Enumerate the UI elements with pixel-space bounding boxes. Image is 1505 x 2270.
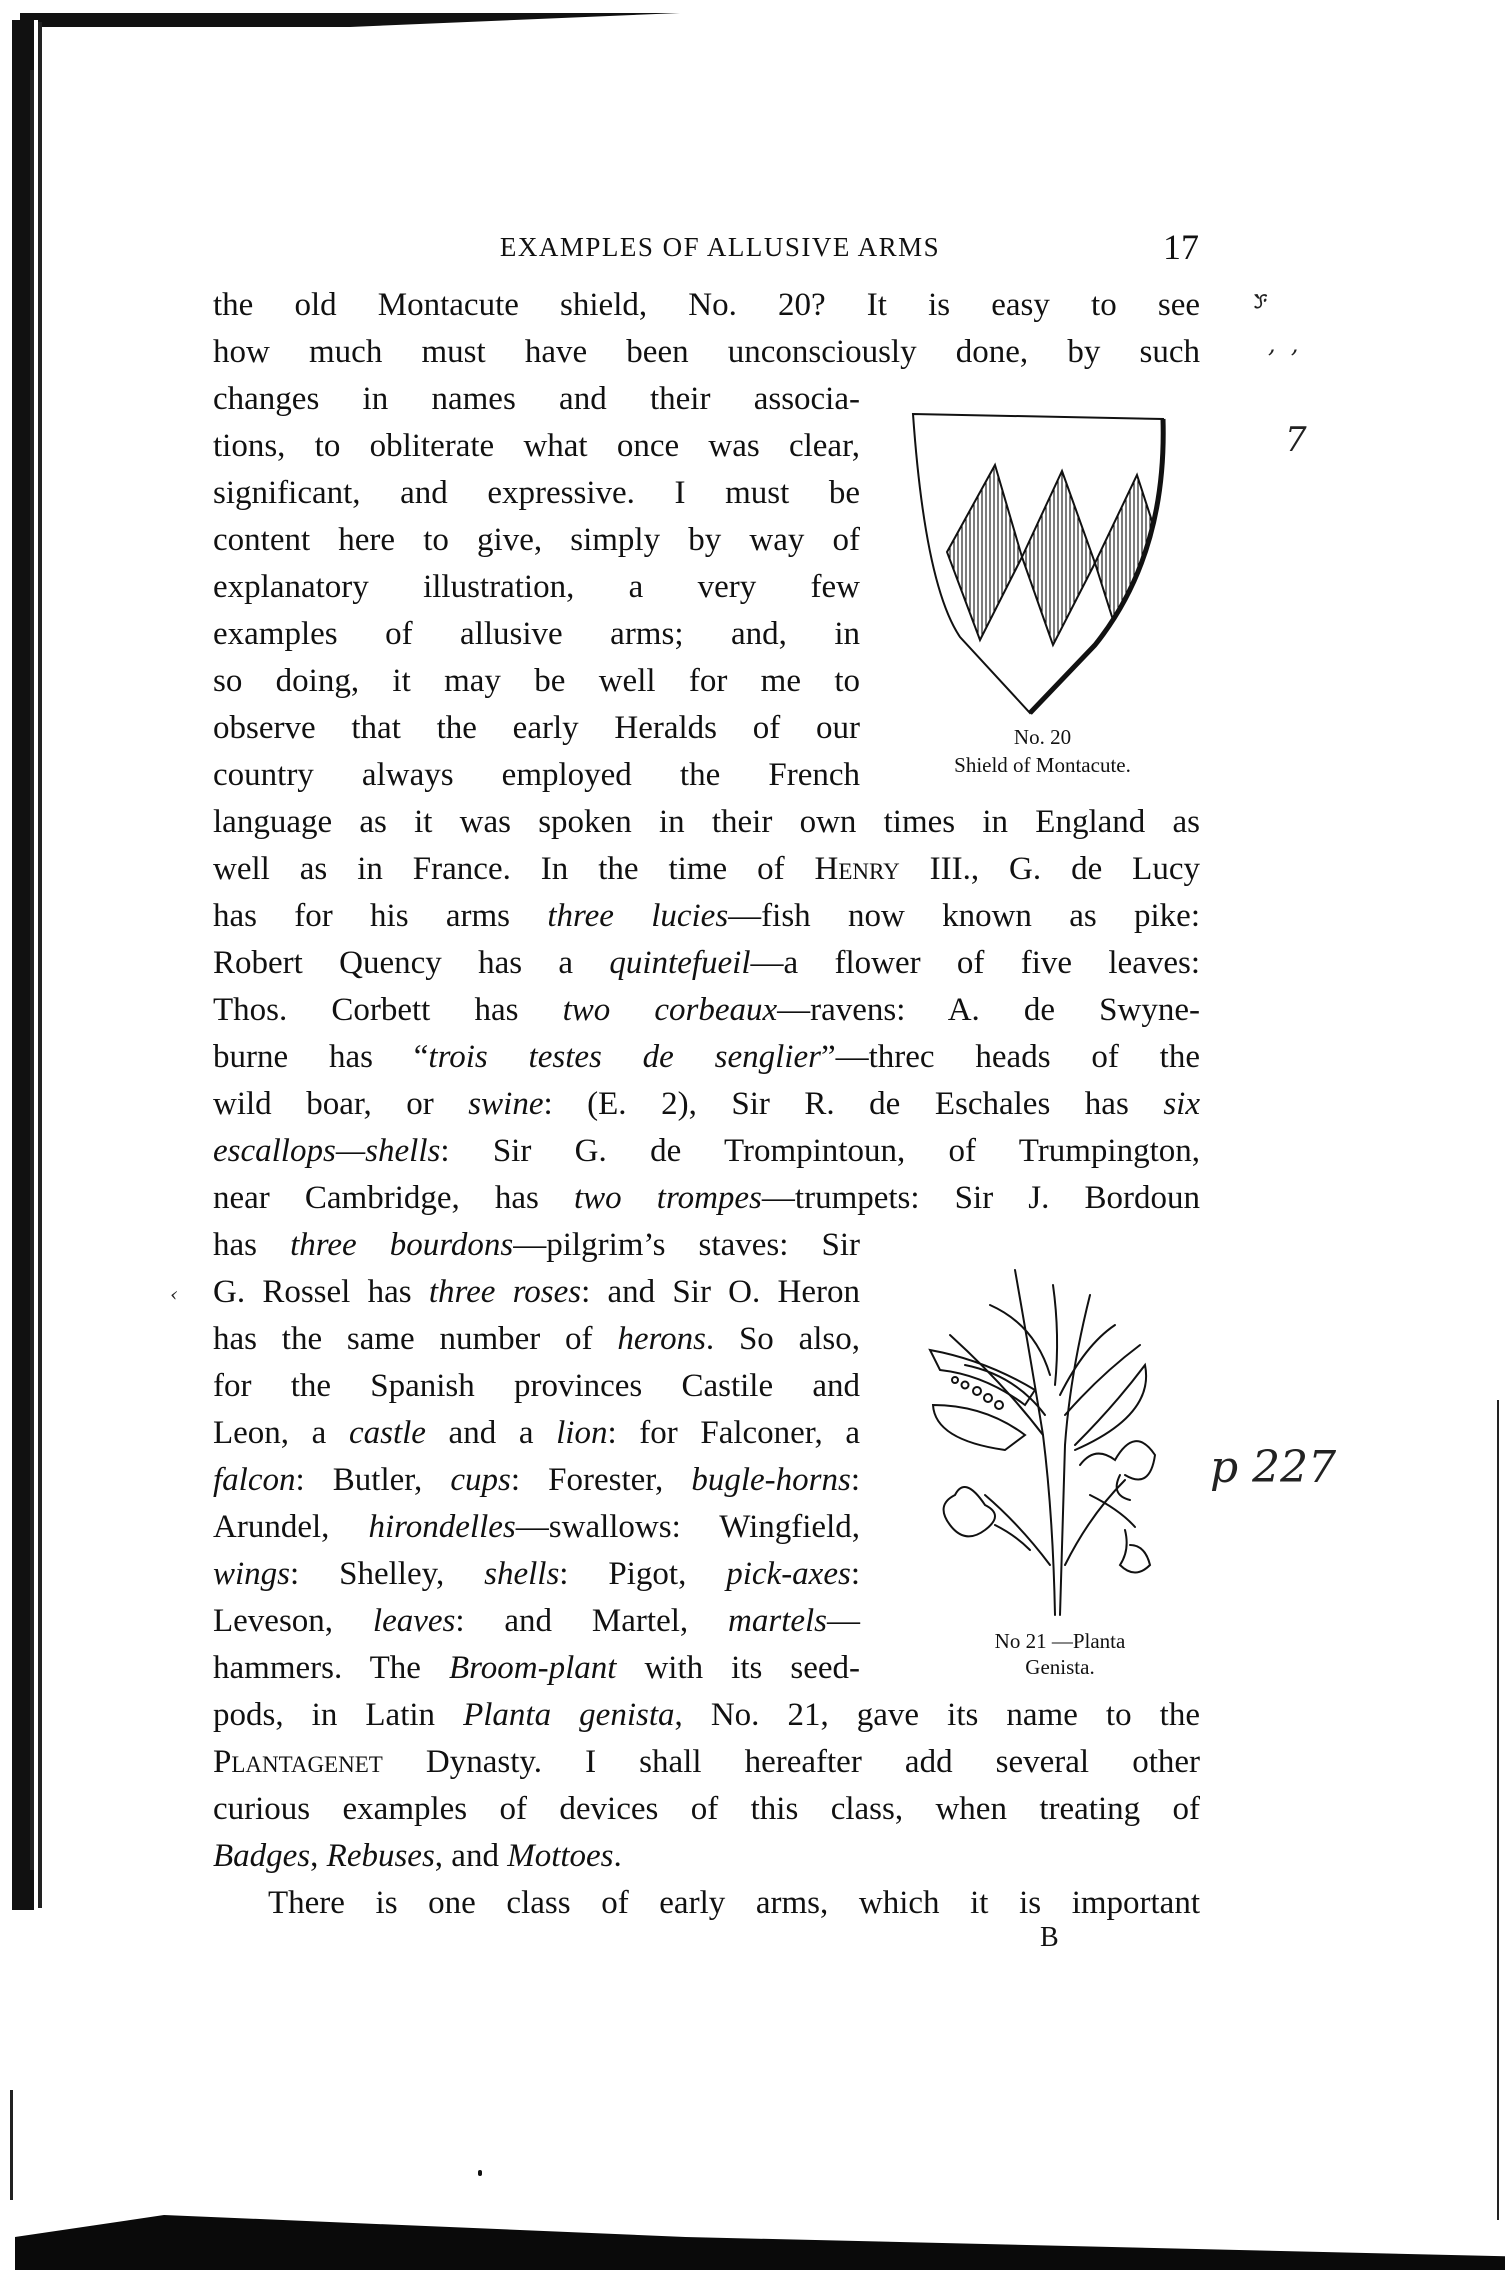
text-line: language as it was spoken in their own t…	[213, 799, 1200, 846]
text-line: pods, in Latin Planta genista, No. 21, g…	[213, 1692, 1200, 1739]
text-line: near Cambridge, has two trompes—trumpets…	[213, 1175, 1200, 1222]
text-line: has the same number of herons. So also,	[213, 1316, 860, 1363]
shield-caption-title: Shield of Montacute.	[905, 752, 1180, 778]
text-line: country always employed the French	[213, 752, 860, 799]
text-line: well as in France. In the time of Henry …	[213, 846, 1200, 893]
text-line: burne has “trois testes de senglier”—thr…	[213, 1034, 1200, 1081]
shield-caption-number: No. 20	[905, 724, 1180, 750]
text-line: has three bourdons—pilgrim’s staves: Sir	[213, 1222, 860, 1269]
marginal-mark-top: ⸈̀	[1247, 284, 1268, 327]
scan-edge-right	[1497, 1400, 1499, 2220]
text-line: has for his arms three lucies—fish now k…	[213, 893, 1200, 940]
henry-small-caps: Henry	[815, 851, 900, 887]
text-line: examples of allusive arms; and, in	[213, 611, 860, 658]
plantagenet-small-caps: Plantagenet	[213, 1744, 383, 1780]
text-line: Robert Quency has a quintefueil—a flower…	[213, 940, 1200, 987]
text-line: for the Spanish provinces Castile and	[213, 1363, 860, 1410]
text-line: Leon, a castle and a lion: for Falconer,…	[213, 1410, 860, 1457]
scan-edge-bottom	[15, 2215, 1505, 2270]
planta-genista-figure	[925, 1265, 1185, 1620]
text-line: the old Montacute shield, No. 20? It is …	[213, 282, 1200, 329]
stray-dot	[478, 2170, 482, 2176]
shield-of-montacute-figure	[905, 405, 1180, 720]
text-line: Leveson, leaves: and Martel, martels—	[213, 1598, 860, 1645]
text-line: content here to give, simply by way of	[213, 517, 860, 564]
scan-edge-top	[20, 13, 680, 27]
marginal-mark-comma: , ,	[1268, 330, 1299, 358]
plant-caption-line2: Genista.	[945, 1654, 1175, 1680]
page-number: 17	[1163, 226, 1199, 268]
marginal-mark-seven: 7	[1285, 420, 1307, 460]
plant-caption-line1: No 21 —Planta	[945, 1628, 1175, 1654]
signature-mark: B	[1040, 1922, 1059, 1954]
text-line: Arundel, hirondelles—swallows: Wingfield…	[213, 1504, 860, 1551]
text-line: wings: Shelley, shells: Pigot, pick-axes…	[213, 1551, 860, 1598]
text-line: wild boar, or swine: (E. 2), Sir R. de E…	[213, 1081, 1200, 1128]
scan-edge-left-inner	[30, 70, 34, 1870]
text-line-paragraph-start: There is one class of early arms, which …	[268, 1880, 1200, 1927]
scan-edge-left-lower	[10, 2090, 13, 2200]
text-line: G. Rossel has three roses: and Sir O. He…	[213, 1269, 860, 1316]
text-line: hammers. The Broom-plant with its seed-	[213, 1645, 860, 1692]
text-line: changes in names and their associa-	[213, 376, 860, 423]
running-head: EXAMPLES OF ALLUSIVE ARMS	[420, 232, 1020, 263]
text-line: significant, and expressive. I must be	[213, 470, 860, 517]
handwritten-page-ref: p 227	[1210, 1442, 1336, 1493]
text-line: so doing, it may be well for me to	[213, 658, 860, 705]
text-line: escallops—shells: Sir G. de Trompintoun,…	[213, 1128, 1200, 1175]
scan-edge-left	[12, 20, 38, 1910]
text-line: Thos. Corbett has two corbeaux—ravens: A…	[213, 987, 1200, 1034]
text-line: Badges, Rebuses, and Mottoes.	[213, 1833, 1200, 1880]
scan-edge-top-line	[20, 13, 365, 15]
marginal-mark-left: ‹	[170, 1282, 178, 1306]
text-line: explanatory illustration, a very few	[213, 564, 860, 611]
text-line: falcon: Butler, cups: Forester, bugle-ho…	[213, 1457, 860, 1504]
text-line: observe that the early Heralds of our	[213, 705, 860, 752]
text-line: how much must have been unconsciously do…	[213, 329, 1200, 376]
text-line: curious examples of devices of this clas…	[213, 1786, 1200, 1833]
text-line: Plantagenet Dynasty. I shall hereafter a…	[213, 1739, 1200, 1786]
text-line: tions, to obliterate what once was clear…	[213, 423, 860, 470]
